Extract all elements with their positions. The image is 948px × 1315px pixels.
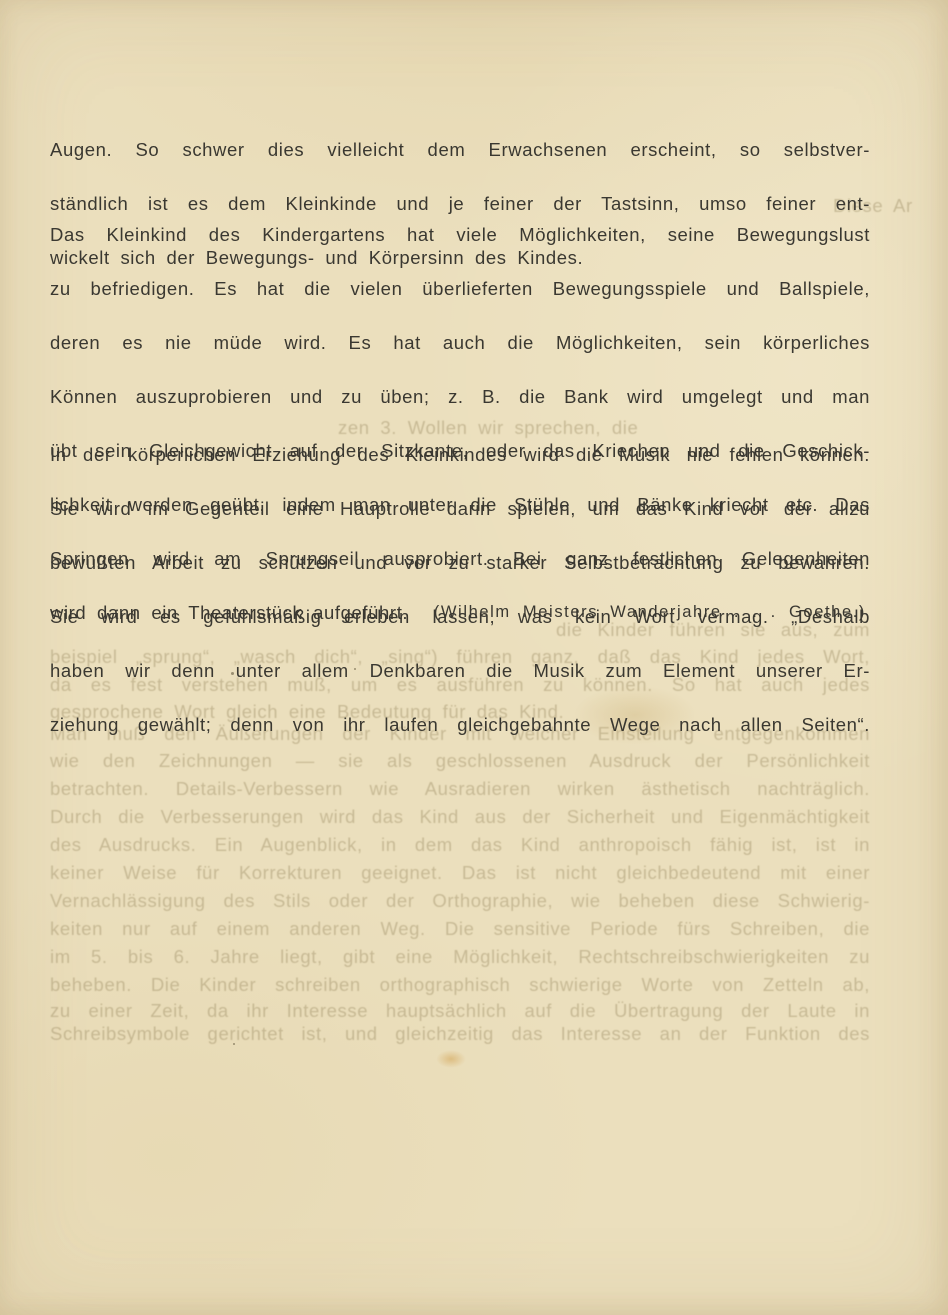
text-line: haben wir denn unter allem Denkbaren die… <box>50 657 870 711</box>
text-line: bewußten Arbeit zu schützen und vor zu s… <box>50 549 870 603</box>
printed-text-layer: Augen. So schwer dies vielleicht dem Erw… <box>0 0 948 1315</box>
text-line: Sie wird im Gegenteil eine Hauptrolle da… <box>50 495 870 549</box>
text-line: Augen. So schwer dies vielleicht dem Erw… <box>50 136 870 190</box>
text-line: deren es nie müde wird. Es hat auch die … <box>50 329 870 383</box>
scanned-book-page: Diese Arzen 3. Wollen wir sprechen, died… <box>0 0 948 1315</box>
text-line: Das Kleinkind des Kindergartens hat viel… <box>50 221 870 275</box>
text-line: In der körperlichen Erziehung des Kleink… <box>50 441 870 495</box>
text-line: zu befriedigen. Es hat die vielen überli… <box>50 275 870 329</box>
text-line: ziehung gewählt; denn von ihr laufen gle… <box>50 711 870 765</box>
text-line: Können auszuprobieren und zu üben; z. B.… <box>50 383 870 437</box>
quote-attribution: (Wilhelm Meisters Wanderjahre . . . Goet… <box>434 600 866 624</box>
